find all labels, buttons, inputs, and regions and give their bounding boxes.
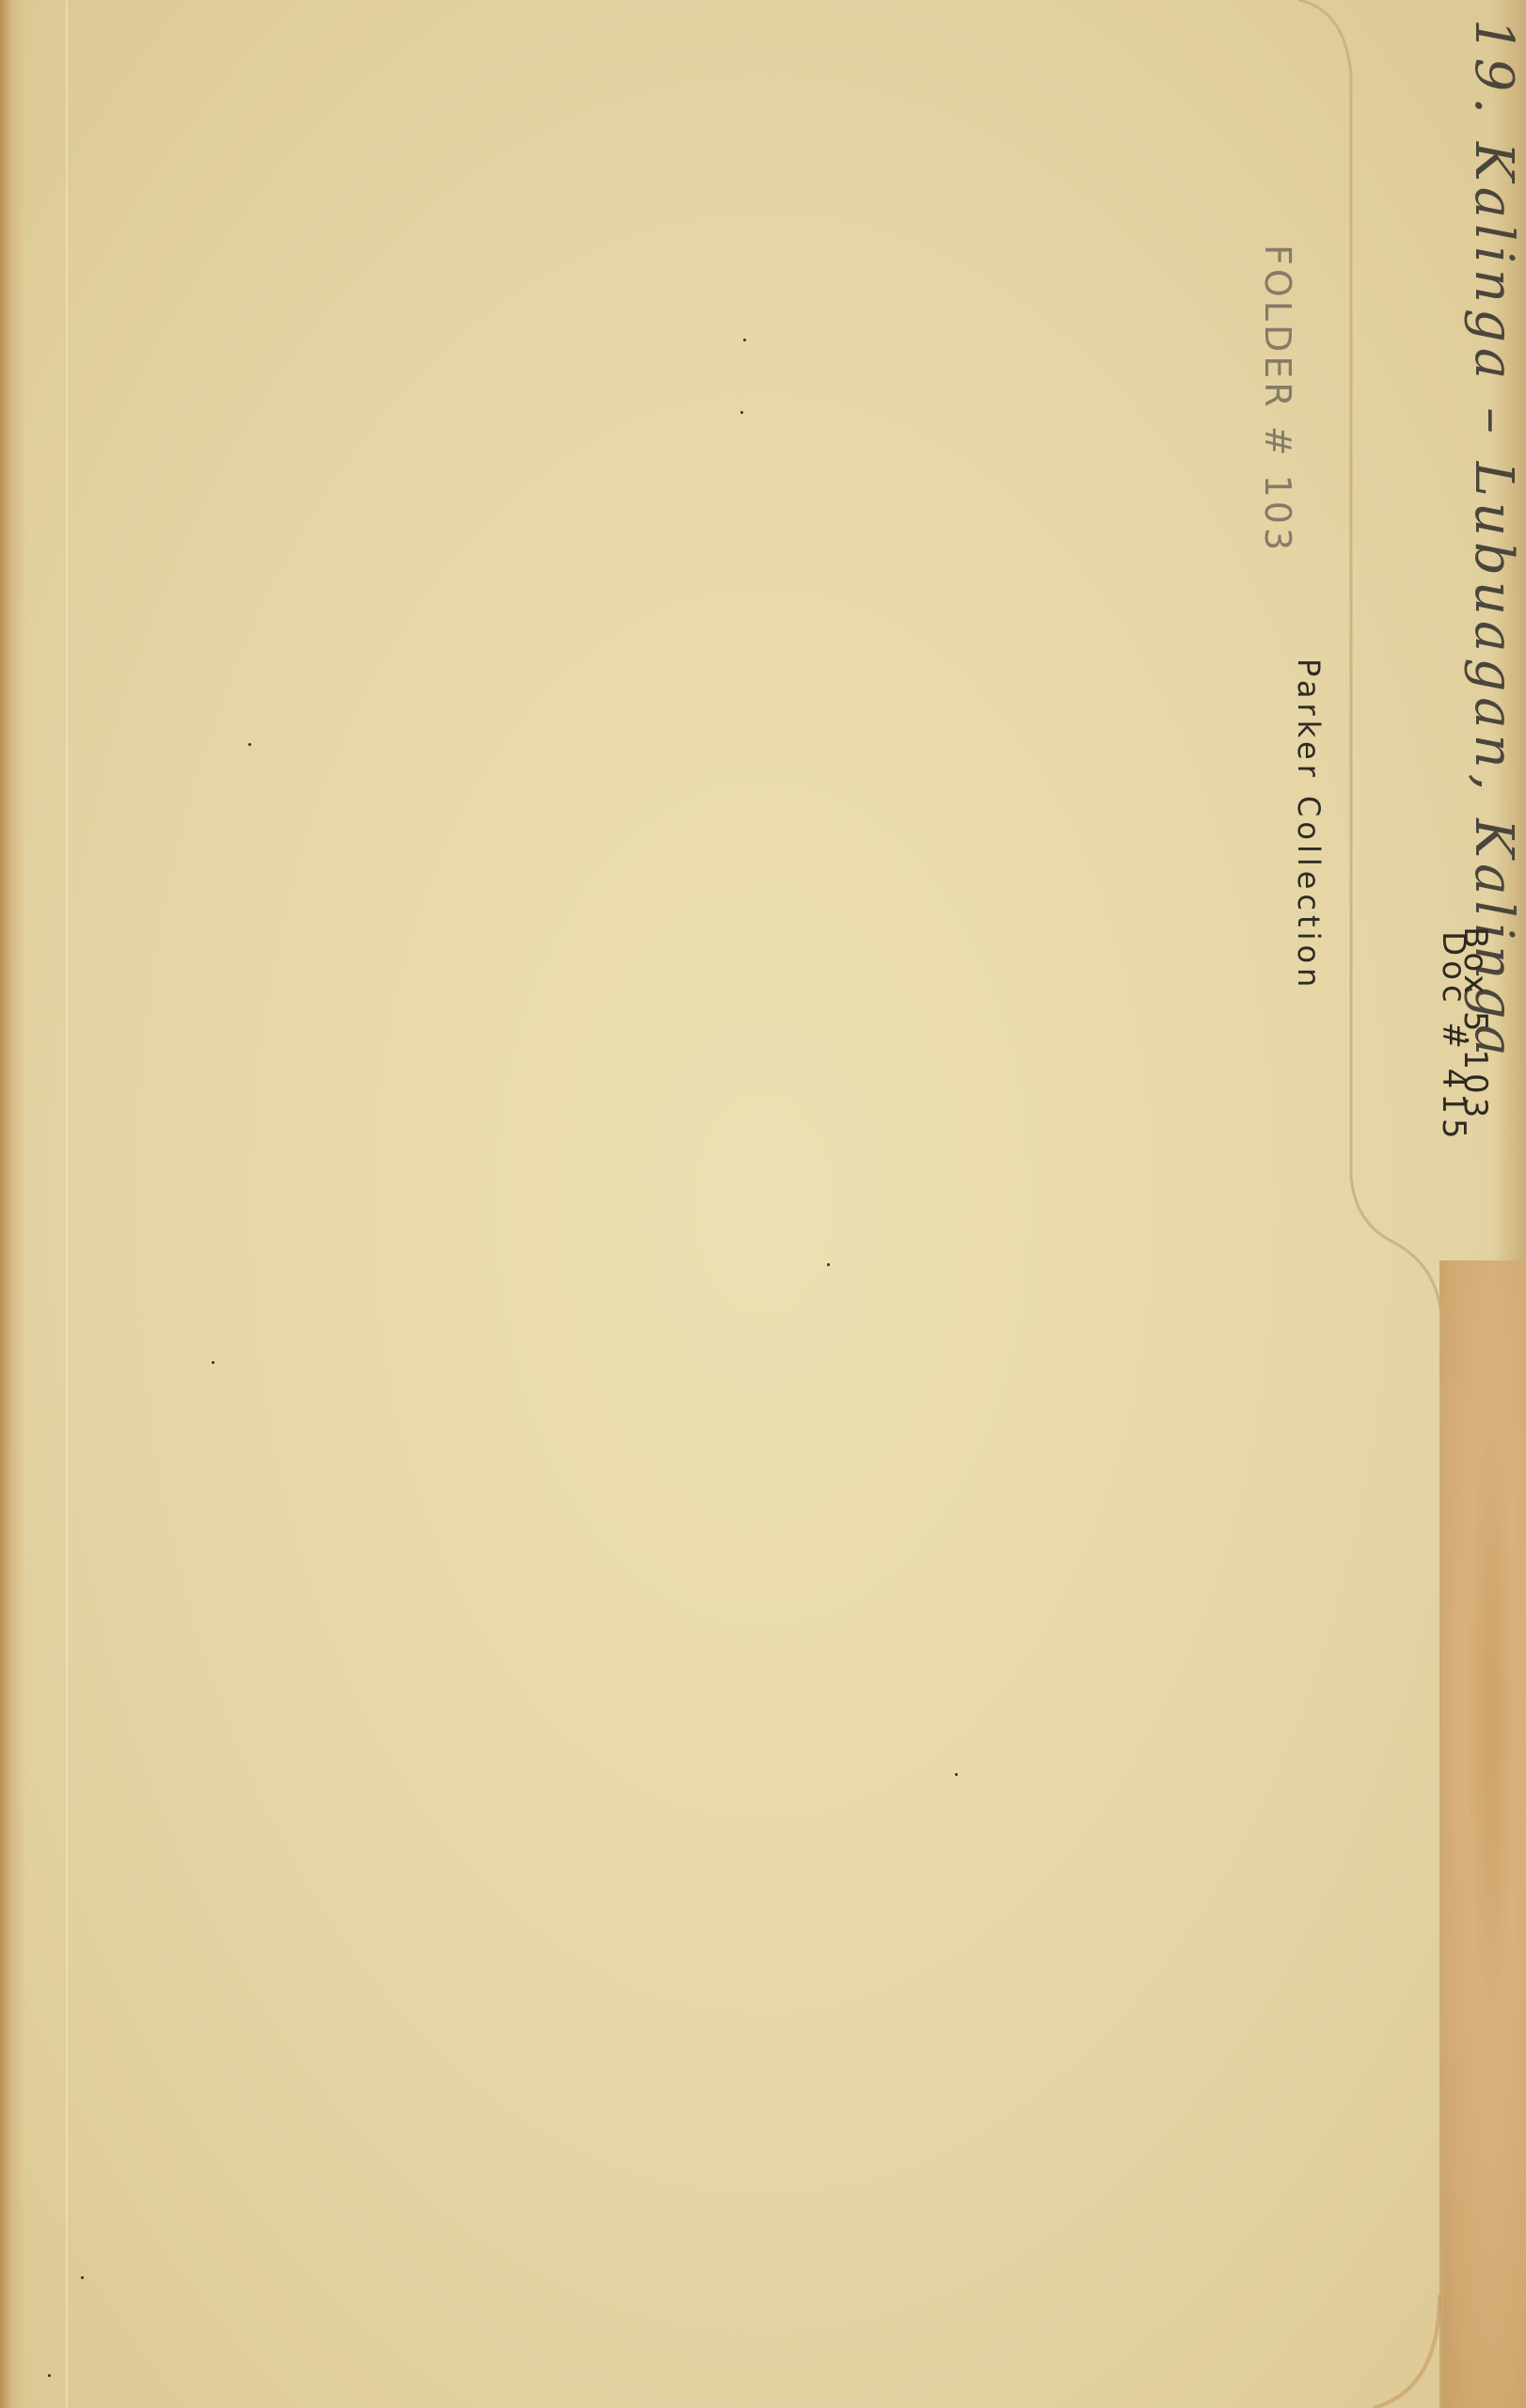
paper-speck (212, 1361, 215, 1364)
paper-speck (81, 2276, 84, 2279)
folder-number-pencil: FOLDER # 103 (1257, 245, 1298, 554)
paper-speck (743, 339, 746, 341)
doc-number-handwriting: Doc # 415 (1435, 931, 1472, 1144)
paper-speck (955, 1773, 958, 1776)
paper-speck (48, 2374, 51, 2377)
collection-name-handwriting: Parker Collection (1291, 658, 1327, 991)
paper-speck (248, 743, 251, 746)
paper-speck (827, 1263, 830, 1266)
tab-title-handwriting: 19. Kalinga – Lubuagan, Kalinga (1463, 19, 1524, 1062)
paper-speck (740, 411, 743, 414)
folder-scan: 19. Kalinga – Lubuagan, Kalinga Box 5.10… (0, 0, 1526, 2408)
